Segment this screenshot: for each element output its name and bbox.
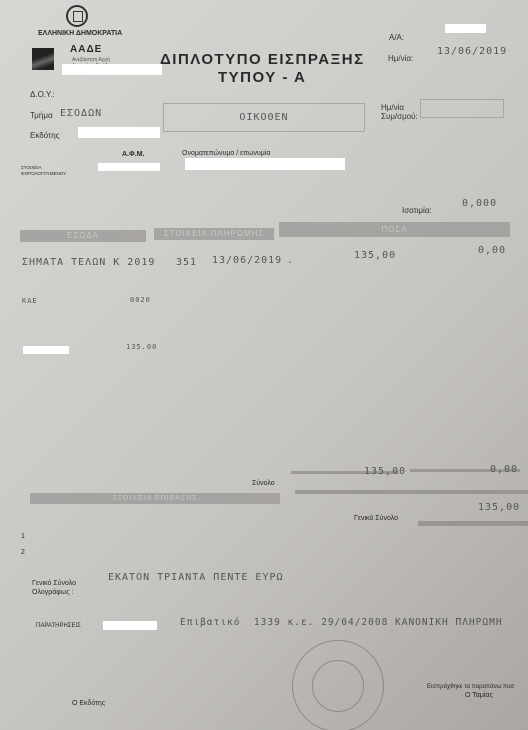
paper-fold [0,0,91,2]
grand-line-1 [295,490,528,494]
grand-amount: 135,00 [478,502,520,513]
issuer-label: Εκδότης [30,131,60,140]
kae-value: 0020 [130,296,151,304]
redacted-name [185,158,345,170]
grand-line-2 [418,521,528,526]
redacted-issuer [78,127,160,138]
aade-logo-icon [32,48,54,70]
column-header-revenue: ΕΣΟΔΑ [20,230,146,242]
kae-label: ΚΑΕ [22,297,38,305]
rate-label: Ισοτιμία: [402,206,432,215]
row-dash: - [287,257,294,268]
authority-name: ΑΑΔΕ [70,44,102,55]
redacted-kae [23,346,69,354]
row-other: 0,00 [478,245,506,256]
date-label: Ημ/νία: [388,54,413,63]
settlement-date-label-1: Ημ/νία [381,103,418,112]
remarks-value: Επιβατικό 1339 κ.ε. 29/04/2008 ΚΑΝΟΝΙΚΗ … [180,617,503,628]
payment-type-value: ΟΙΚΟΘΕΝ [164,104,364,131]
afm-label: Α.Φ.Μ. [122,151,144,158]
settlement-date-field [420,99,504,118]
sum-label: Σύνολο [252,480,275,487]
received-text: Εισπράχθηκε τα παραπάνω ποσ [427,684,514,690]
name-label: Ονοματεπώνυμο / επωνυμία [182,150,270,157]
coat-of-arms-icon [66,5,88,27]
words-label-1: Γενικό Σύνολο [32,579,76,588]
redacted-afm [98,163,160,171]
item-1: 1 [21,533,25,540]
department-value: ΕΣΟΔΩΝ [60,108,102,119]
rate-value: 0,000 [462,198,497,209]
document-title-line2: ΤΥΠΟΥ - Α [218,69,306,86]
aa-label: Α/Α: [389,33,404,42]
row-date: 13/06/2019 [212,255,282,266]
sum-amount: 135,00 [364,466,406,477]
taxpayer-label-2: ΦΟΡΟΛΟΓΟΥΜΕΝΟΥ [21,171,66,177]
settlement-date-label: Ημ/νία Συμ/σμού: [381,103,418,121]
redacted-aa [445,24,486,33]
cashier-signature-label: Ο Ταμίας [465,692,493,699]
issuer-signature-label: Ο Εκδότης [72,700,105,707]
row-amount: 135,00 [354,250,396,261]
column-header-payment: ΣΤΟΙΧΕΙΑ ΠΛΗΡΩΜΗΣ [154,228,274,240]
date-value: 13/06/2019 [437,46,507,57]
state-name: ΕΛΛΗΝΙΚΗ ΔΗΜΟΚΡΑΤΙΑ [38,30,122,37]
grand-label: Γενικό Σύνολο [354,515,398,522]
kae-amount: 135.00 [126,343,157,351]
doy-label: Δ.Ο.Υ.: [30,90,55,99]
item-2: 2 [21,549,25,556]
column-header-amounts: ΠΟΣΑ [279,222,510,237]
words-label: Γενικό Σύνολο Ολογράφως : [32,579,76,597]
remarks-label: ΠΑΡΑΤΗΡΗΣΕΙΣ [36,623,81,629]
taxpayer-label: ΣΤΟΙΧΕΙΑ ΦΟΡΟΛΟΓΟΥΜΕΝΟΥ [21,165,66,177]
section-header-bar: ΣΤΟΙΧΕΙΑ ΕΠΙΒΑΣΗΣ [30,493,280,504]
redacted-remarks [103,621,157,630]
settlement-date-label-2: Συμ/σμού: [381,112,418,121]
department-label: Τμήμα [30,111,53,120]
document-title-line1: ΔΙΠΛΟΤΥΠΟ ΕΙΣΠΡΑΞΗΣ [160,51,365,68]
words-label-2: Ολογράφως : [32,588,76,597]
amount-in-words: ΕΚΑΤΟΝ ΤΡΙΑΝΤΑ ΠΕΝΤΕ ΕΥΡΩ [108,572,284,583]
sum-other: 0,00 [490,464,518,475]
row-description: ΣΗΜΑΤΑ ΤΕΛΩΝ Κ 2019 [22,257,155,268]
payment-type-box: ΟΙΚΟΘΕΝ [163,103,365,132]
stamp-inner-ring [312,660,364,712]
redacted-block [62,64,162,75]
row-code: 351 [176,257,197,268]
